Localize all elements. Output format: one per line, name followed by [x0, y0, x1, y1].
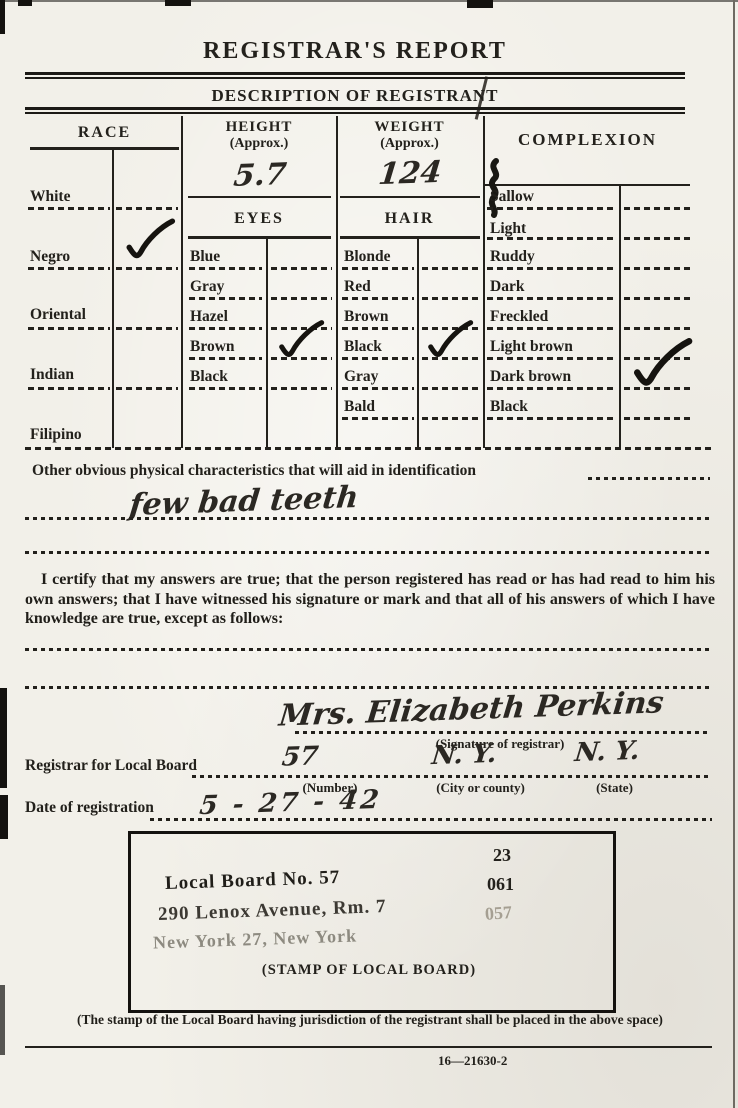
eyes-option-gray: Gray — [190, 278, 224, 296]
complexion-option-light: Light — [490, 220, 526, 238]
race-option-oriental: Oriental — [30, 306, 86, 324]
hair-option-gray: Gray — [344, 368, 378, 386]
weight-value: 124 — [343, 154, 477, 194]
section-title: DESCRIPTION OF REGISTRANT — [25, 86, 685, 106]
table-rule — [336, 116, 338, 448]
state-value: N. Y. — [573, 736, 641, 768]
complexion-option-freckled: Freckled — [490, 308, 548, 326]
complexion-option-dark: Dark — [490, 278, 524, 296]
race-option-negro: Negro — [30, 248, 70, 266]
race-column-header: RACE — [28, 124, 181, 142]
table-rule — [417, 238, 419, 448]
table-rule — [188, 236, 331, 239]
eyes-option-black: Black — [190, 368, 228, 386]
complexion-option-light-brown: Light brown — [490, 338, 573, 356]
height-value: 5.7 — [193, 156, 327, 196]
scan-edge-top — [0, 0, 738, 2]
dotted-line — [295, 731, 710, 734]
dotted-line — [25, 648, 710, 651]
certification-text: I certify that my answers are true; that… — [25, 570, 715, 629]
hair-option-blonde: Blonde — [344, 248, 391, 266]
city-caption: (City or county) — [418, 780, 543, 796]
hair-black-checkmark-icon — [424, 320, 474, 362]
race-option-indian: Indian — [30, 366, 74, 384]
other-characteristics-label: Other obvious physical characteristics t… — [32, 462, 476, 480]
dotted-line — [192, 775, 712, 778]
divider-rule — [25, 72, 685, 80]
stamp-code-1: 23 — [493, 845, 511, 866]
scan-edge-left — [0, 0, 5, 34]
stamp-code-2: 061 — [487, 874, 514, 895]
table-rule — [181, 116, 183, 448]
race-negro-checkmark-icon — [122, 216, 176, 266]
table-rule — [30, 147, 179, 150]
table-rule — [619, 185, 621, 448]
table-rule — [25, 447, 712, 450]
eyes-column-header: EYES — [184, 210, 334, 228]
registrars-report-document: REGISTRAR'S REPORT DESCRIPTION OF REGIST… — [0, 0, 738, 1108]
complexion-option-black: Black — [490, 398, 528, 416]
scan-edge-right — [733, 0, 735, 1108]
stamp-footnote: (The stamp of the Local Board having jur… — [70, 1012, 670, 1028]
scan-edge-left — [0, 795, 8, 839]
bottom-rule — [25, 1046, 712, 1048]
scan-mark — [165, 0, 191, 6]
table-rule — [485, 184, 690, 186]
race-option-white: White — [30, 188, 70, 206]
hair-column-header: HAIR — [338, 210, 481, 228]
board-number-value: 57 — [280, 741, 320, 772]
table-rule — [340, 236, 480, 239]
weight-approx-label: (Approx.) — [338, 136, 481, 152]
stamp-caption: (STAMP OF LOCAL BOARD) — [128, 962, 610, 979]
hair-option-brown: Brown — [344, 308, 389, 326]
hair-option-black: Black — [344, 338, 382, 356]
table-rule — [340, 196, 480, 198]
registrar-signature: Mrs. Elizabeth Perkins — [277, 685, 665, 733]
table-rule — [266, 238, 268, 448]
scan-edge-left — [0, 985, 5, 1055]
dotted-line — [25, 517, 710, 520]
eyes-brown-checkmark-icon — [275, 320, 325, 362]
eyes-option-brown: Brown — [190, 338, 235, 356]
date-of-registration-label: Date of registration — [25, 799, 154, 817]
local-board-label: Registrar for Local Board — [25, 757, 197, 775]
hair-option-red: Red — [344, 278, 371, 296]
complexion-option-ruddy: Ruddy — [490, 248, 535, 266]
complexion-dark-brown-checkmark-icon — [620, 338, 702, 392]
state-caption: (State) — [572, 780, 657, 796]
height-column-header: HEIGHT — [184, 119, 334, 136]
table-rule — [112, 149, 114, 448]
scan-edge-left — [0, 688, 7, 788]
scan-mark — [18, 0, 32, 6]
date-of-registration-value: 5 - 27 - 42 — [198, 785, 383, 821]
height-approx-label: (Approx.) — [184, 136, 334, 152]
form-number: 16—21630-2 — [438, 1053, 507, 1069]
complexion-option-dark-brown: Dark brown — [490, 368, 571, 386]
dotted-line — [25, 551, 710, 554]
race-option-filipino: Filipino — [30, 426, 82, 444]
divider-rule — [25, 107, 685, 115]
complexion-column-header: COMPLEXION — [485, 130, 690, 150]
weight-column-header: WEIGHT — [338, 119, 481, 136]
scan-mark — [467, 0, 493, 8]
eyes-option-blue: Blue — [190, 248, 220, 266]
eyes-option-hazel: Hazel — [190, 308, 228, 326]
stamp-code-3: 057 — [484, 902, 512, 925]
complexion-option-sallow: Sallow — [490, 188, 534, 206]
city-value: N. Y. — [430, 739, 498, 771]
hair-option-bald: Bald — [344, 398, 375, 416]
dotted-line — [588, 477, 710, 480]
table-rule — [188, 196, 331, 198]
page-title: REGISTRAR'S REPORT — [25, 38, 685, 65]
